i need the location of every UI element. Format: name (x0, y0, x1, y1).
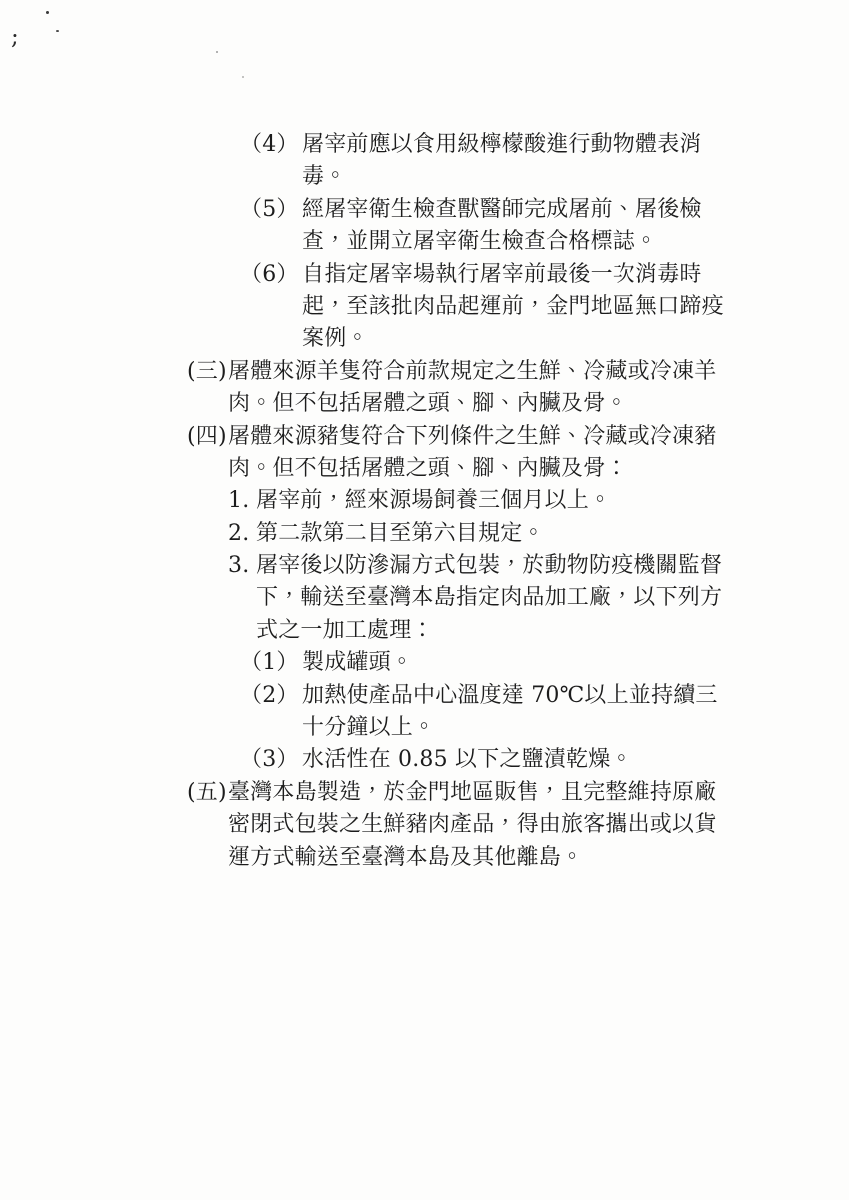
list-marker: （1） (240, 647, 302, 679)
line-text: 加熱使產品中心溫度達 70℃以上並持續三 (302, 683, 718, 708)
line-text: 查，並開立屠宰衛生檢查合格標誌。 (302, 229, 657, 254)
line-text: 屠宰前，經來源場飼養三個月以上。 (256, 488, 611, 513)
line-text: 起，至該批肉品起運前，金門地區無口蹄疫 (302, 294, 724, 319)
line-text: 屠宰前應以食用級檸檬酸進行動物體表消 (302, 132, 702, 157)
document-line: （2）加熱使產品中心溫度達 70℃以上並持續三 (240, 680, 849, 712)
document-line: 3.屠宰後以防滲漏方式包裝，於動物防疫機關監督 (228, 550, 849, 582)
document-line: 十分鐘以上。 (302, 712, 849, 744)
document-line: 密閉式包裝之生鮮豬肉產品，得由旅客攜出或以貨 (228, 809, 849, 841)
line-text: 密閉式包裝之生鮮豬肉產品，得由旅客攜出或以貨 (228, 812, 716, 837)
document-line: 查，並開立屠宰衛生檢查合格標誌。 (302, 226, 849, 258)
list-marker: (四) (187, 421, 228, 453)
document-page: ; （4）屠宰前應以食用級檸檬酸進行動物體表消毒。（5）經屠宰衛生檢查獸醫師完成… (0, 0, 849, 1200)
list-marker: （3） (240, 744, 302, 776)
document-line: (三)屠體來源羊隻符合前款規定之生鮮、冷藏或冷凍羊 (187, 356, 849, 388)
scan-speck (216, 51, 218, 53)
document-line: （1）製成罐頭。 (240, 647, 849, 679)
list-marker: （4） (240, 129, 302, 161)
line-text: 水活性在 0.85 以下之鹽漬乾燥。 (302, 747, 633, 772)
list-marker: （6） (240, 259, 302, 291)
scan-corner-mark: ; (11, 24, 19, 50)
document-line: 式之一加工處理： (256, 615, 849, 647)
line-text: 臺灣本島製造，於金門地區販售，且完整維持原廠 (228, 780, 716, 805)
line-text: 屠體來源豬隻符合下列條件之生鮮、冷藏或冷凍豬 (228, 424, 716, 449)
line-text: 十分鐘以上。 (302, 715, 435, 740)
list-marker: (三) (187, 356, 228, 388)
document-line: (四)屠體來源豬隻符合下列條件之生鮮、冷藏或冷凍豬 (187, 421, 849, 453)
line-text: 下，輸送至臺灣本島指定肉品加工廠，以下列方 (256, 585, 722, 610)
document-line: 2.第二款第二目至第六目規定。 (228, 518, 849, 550)
list-marker: 1. (228, 485, 256, 517)
line-text: 式之一加工處理： (256, 618, 434, 643)
line-text: 第二款第二目至第六目規定。 (256, 521, 545, 546)
line-text: 自指定屠宰場執行屠宰前最後一次消毒時 (302, 262, 702, 287)
line-text: 肉。但不包括屠體之頭、腳、內臟及骨。 (228, 391, 628, 416)
document-line: (五)臺灣本島製造，於金門地區販售，且完整維持原廠 (187, 777, 849, 809)
document-line: 肉。但不包括屠體之頭、腳、內臟及骨： (228, 453, 849, 485)
list-marker: 3. (228, 550, 256, 582)
document-line: 下，輸送至臺灣本島指定肉品加工廠，以下列方 (256, 582, 849, 614)
document-line: 1.屠宰前，經來源場飼養三個月以上。 (228, 485, 849, 517)
line-text: 經屠宰衛生檢查獸醫師完成屠前、屠後檢 (302, 197, 702, 222)
list-marker: 2. (228, 518, 256, 550)
document-line: 毒。 (302, 161, 849, 193)
line-text: 運方式輸送至臺灣本島及其他離島。 (228, 845, 583, 870)
line-text: 肉。但不包括屠體之頭、腳、內臟及骨： (228, 456, 628, 481)
document-line: 運方式輸送至臺灣本島及其他離島。 (228, 842, 849, 874)
document-line: 起，至該批肉品起運前，金門地區無口蹄疫 (302, 291, 849, 323)
line-text: 毒。 (302, 164, 346, 189)
line-text: 屠體來源羊隻符合前款規定之生鮮、冷藏或冷凍羊 (228, 359, 716, 384)
line-text: 案例。 (302, 326, 369, 351)
list-marker: (五) (187, 777, 228, 809)
document-line: （6）自指定屠宰場執行屠宰前最後一次消毒時 (240, 259, 849, 291)
line-text: 製成罐頭。 (302, 650, 413, 675)
list-marker: （2） (240, 680, 302, 712)
document-line: （3）水活性在 0.85 以下之鹽漬乾燥。 (240, 744, 849, 776)
line-text: 屠宰後以防滲漏方式包裝，於動物防疫機關監督 (256, 553, 722, 578)
document-line: 肉。但不包括屠體之頭、腳、內臟及骨。 (228, 388, 849, 420)
document-body: （4）屠宰前應以食用級檸檬酸進行動物體表消毒。（5）經屠宰衛生檢查獸醫師完成屠前… (0, 129, 849, 874)
scan-speck (242, 76, 244, 78)
scan-speck (46, 11, 49, 14)
document-line: 案例。 (302, 323, 849, 355)
list-marker: （5） (240, 194, 302, 226)
document-line: （5）經屠宰衛生檢查獸醫師完成屠前、屠後檢 (240, 194, 849, 226)
scan-speck (56, 30, 59, 32)
document-line: （4）屠宰前應以食用級檸檬酸進行動物體表消 (240, 129, 849, 161)
